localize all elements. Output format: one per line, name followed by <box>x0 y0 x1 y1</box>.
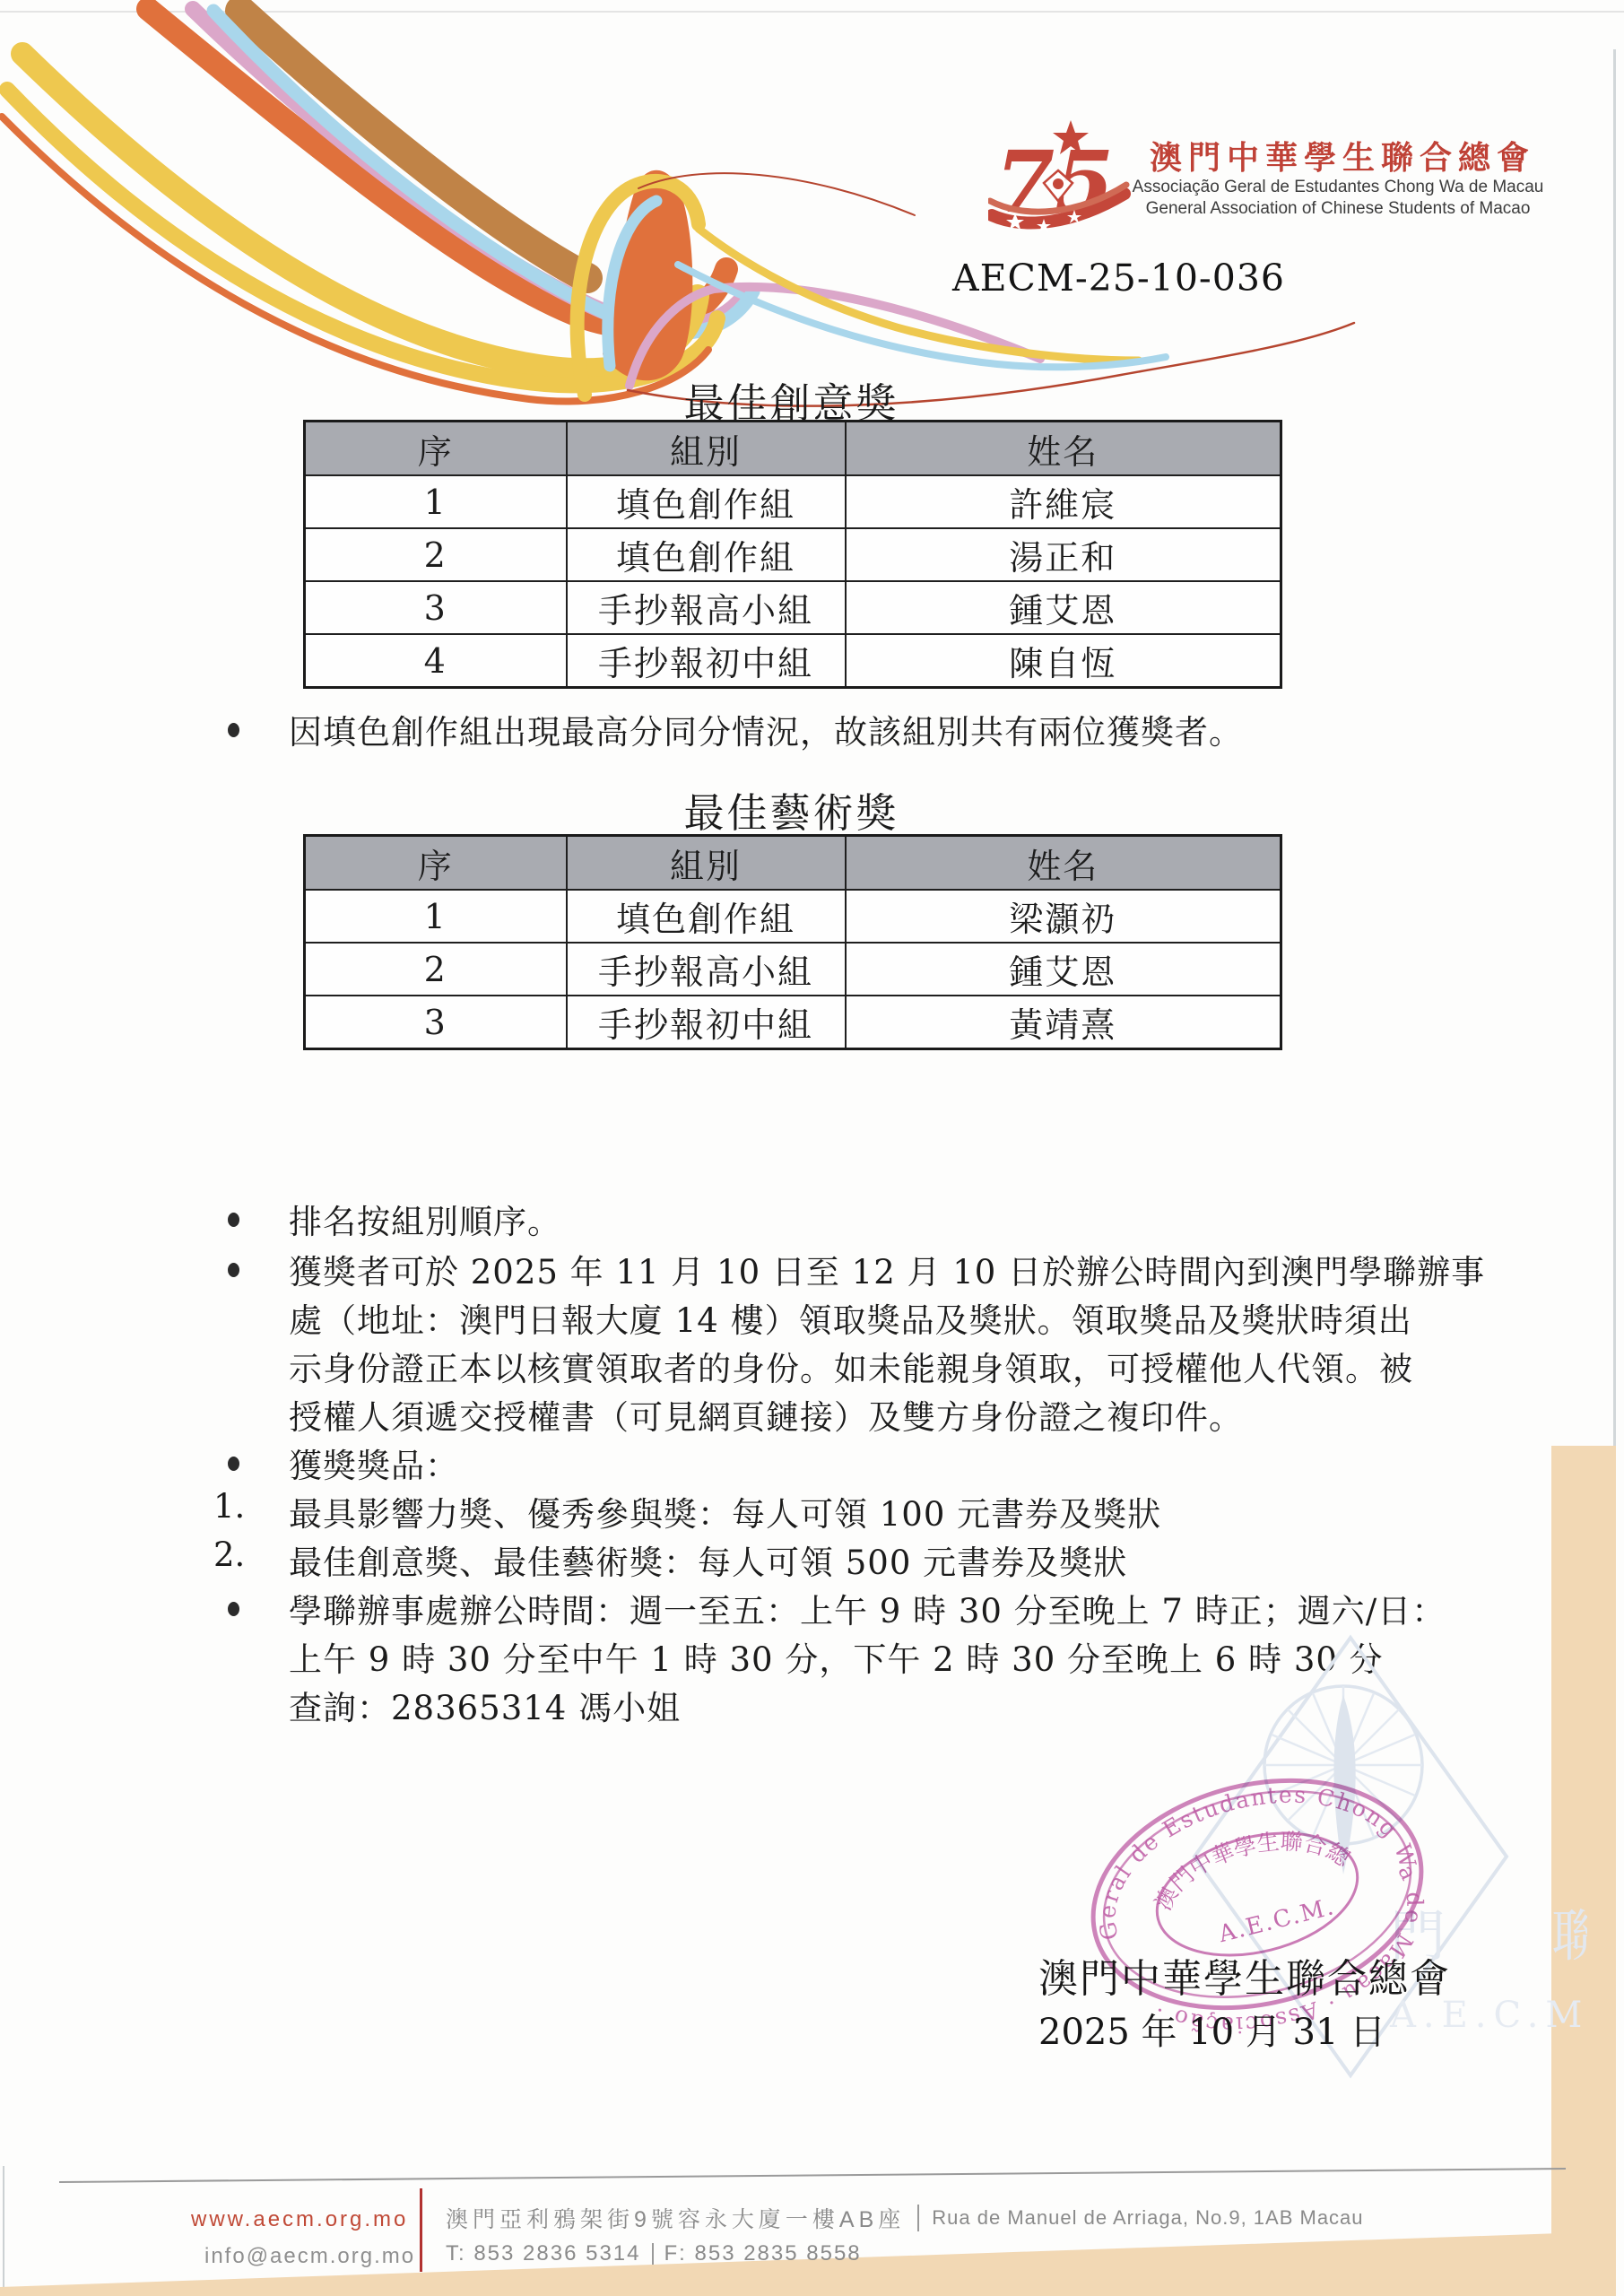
table-row: 3 手抄報初中組 黃靖熹 <box>305 996 1281 1049</box>
bullet-icon <box>228 1213 239 1227</box>
prize-item-1: 最具影響力獎、優秀參與獎：每人可領 100 元書券及獎狀 <box>289 1487 1161 1535</box>
footer-address-english: Rua de Manuel de Arriaga, No.9, 1AB Maca… <box>932 2206 1363 2230</box>
cell-group: 填色創作組 <box>567 475 846 528</box>
note-collect-line2: 處（地址：澳門日報大廈 14 樓）領取獎品及獎狀。領取獎品及獎狀時須出 <box>289 1293 1412 1342</box>
footer-fax: F: 853 2835 8558 <box>664 2241 862 2266</box>
footer-red-divider <box>420 2188 422 2272</box>
cell-no: 3 <box>305 581 567 634</box>
table-header-row: 序 組別 姓名 <box>305 422 1281 476</box>
table-row: 2 填色創作組 湯正和 <box>305 528 1281 581</box>
art-award-table: 序 組別 姓名 1 填色創作組 梁灝礽 2 手抄報高小組 鍾艾恩 3 手抄報初中… <box>303 834 1282 1050</box>
signature-org: 澳門中華學生聯合總會 <box>1038 1946 1451 2004</box>
footer-phone-fax: T: 853 2836 5314 F: 853 2835 8558 <box>446 2241 862 2266</box>
footer-website-link[interactable]: www.aecm.org.mo <box>191 2207 408 2232</box>
table-row: 1 填色創作組 梁灝礽 <box>305 890 1281 943</box>
note-prizes-heading: 獲獎獎品： <box>289 1439 459 1487</box>
cell-group: 手抄報初中組 <box>567 996 846 1049</box>
cell-name: 許維宸 <box>846 475 1281 528</box>
col-header-group: 組別 <box>567 422 846 476</box>
list-number: 1. <box>213 1487 245 1526</box>
col-header-name: 姓名 <box>846 836 1281 891</box>
cell-group: 手抄報高小組 <box>567 943 846 996</box>
bullet-icon <box>228 1457 239 1471</box>
col-header-name: 姓名 <box>846 422 1281 476</box>
footer-address-separator <box>917 2205 919 2231</box>
cell-group: 手抄報高小組 <box>567 581 846 634</box>
col-header-no: 序 <box>305 836 567 891</box>
cell-group: 手抄報初中組 <box>567 634 846 688</box>
org-name-portuguese: Associação Geral de Estudantes Chong Wa … <box>1132 177 1544 198</box>
footer-phone: T: 853 2836 5314 <box>446 2241 641 2266</box>
cell-name: 鍾艾恩 <box>846 581 1281 634</box>
aecm-75-logo: 75 <box>988 115 1132 237</box>
cell-group: 填色創作組 <box>567 890 846 943</box>
cell-no: 3 <box>305 996 567 1049</box>
note-collect-line4: 授權人須遞交授權書（可見網頁鏈接）及雙方身份證之複印件。 <box>289 1390 1243 1439</box>
cell-no: 2 <box>305 943 567 996</box>
table-row: 4 手抄報初中組 陳自恆 <box>305 634 1281 688</box>
table1-note: 因填色創作組出現最高分同分情況，故該組別共有兩位獲獎者。 <box>289 705 1243 753</box>
signature-date: 2025 年 10 月 31 日 <box>1038 2004 1377 2055</box>
inquiry-line: 查詢：28365314 馮小姐 <box>289 1681 681 1729</box>
org-name-chinese: 澳門中華學生聯合總會 <box>1150 133 1535 178</box>
list-number: 2. <box>213 1535 245 1574</box>
cell-group: 填色創作組 <box>567 528 846 581</box>
cell-name: 鍾艾恩 <box>846 943 1281 996</box>
prize-item-2: 最佳創意獎、最佳藝術獎：每人可領 500 元書券及獎狀 <box>289 1535 1127 1584</box>
footer-phone-separator <box>652 2243 654 2265</box>
col-header-group: 組別 <box>567 836 846 891</box>
table-header-row: 序 組別 姓名 <box>305 836 1281 891</box>
scanned-letter-page: 75 澳門中華學生聯合總會 Associação Geral de Estuda… <box>0 0 1624 2296</box>
bullet-icon <box>228 1263 239 1277</box>
cell-no: 1 <box>305 890 567 943</box>
table2-title: 最佳藝術獎 <box>303 780 1280 839</box>
cell-no: 4 <box>305 634 567 688</box>
bullet-icon <box>228 723 239 737</box>
col-header-no: 序 <box>305 422 567 476</box>
footer-address: 澳門亞利鴉架街9號容永大廈一樓AB座 Rua de Manuel de Arri… <box>446 2202 1364 2234</box>
footer-email-link[interactable]: info@aecm.org.mo <box>204 2244 415 2269</box>
cell-no: 1 <box>305 475 567 528</box>
reference-number: AECM-25-10-036 <box>942 257 1296 300</box>
footer-address-chinese: 澳門亞利鴉架街9號容永大廈一樓AB座 <box>446 2202 905 2234</box>
cell-name: 湯正和 <box>846 528 1281 581</box>
stamp-abbr: A.E.C.M. <box>1215 1893 1338 1948</box>
table-row: 2 手抄報高小組 鍾艾恩 <box>305 943 1281 996</box>
table-row: 3 手抄報高小組 鍾艾恩 <box>305 581 1281 634</box>
bullet-icon <box>228 1602 239 1616</box>
table-row: 1 填色創作組 許維宸 <box>305 475 1281 528</box>
note-collect-line1: 獲獎者可於 2025 年 11 月 10 日至 12 月 10 日於辦公時間內到… <box>289 1245 1485 1293</box>
cell-name: 陳自恆 <box>846 634 1281 688</box>
note-collect-line3: 示身份證正本以核實領取者的身份。如未能親身領取，可授權他人代領。被 <box>289 1342 1413 1390</box>
note-ranking: 排名按組別順序。 <box>289 1195 561 1243</box>
footer-divider-line <box>0 2161 1624 2188</box>
cell-name: 梁灝礽 <box>846 890 1281 943</box>
cell-no: 2 <box>305 528 567 581</box>
org-name-latin: Associação Geral de Estudantes Chong Wa … <box>1132 177 1544 220</box>
cell-name: 黃靖熹 <box>846 996 1281 1049</box>
creativity-award-table: 序 組別 姓名 1 填色創作組 許維宸 2 填色創作組 湯正和 3 手抄報高小組… <box>303 420 1282 689</box>
org-name-english: General Association of Chinese Students … <box>1132 198 1544 220</box>
